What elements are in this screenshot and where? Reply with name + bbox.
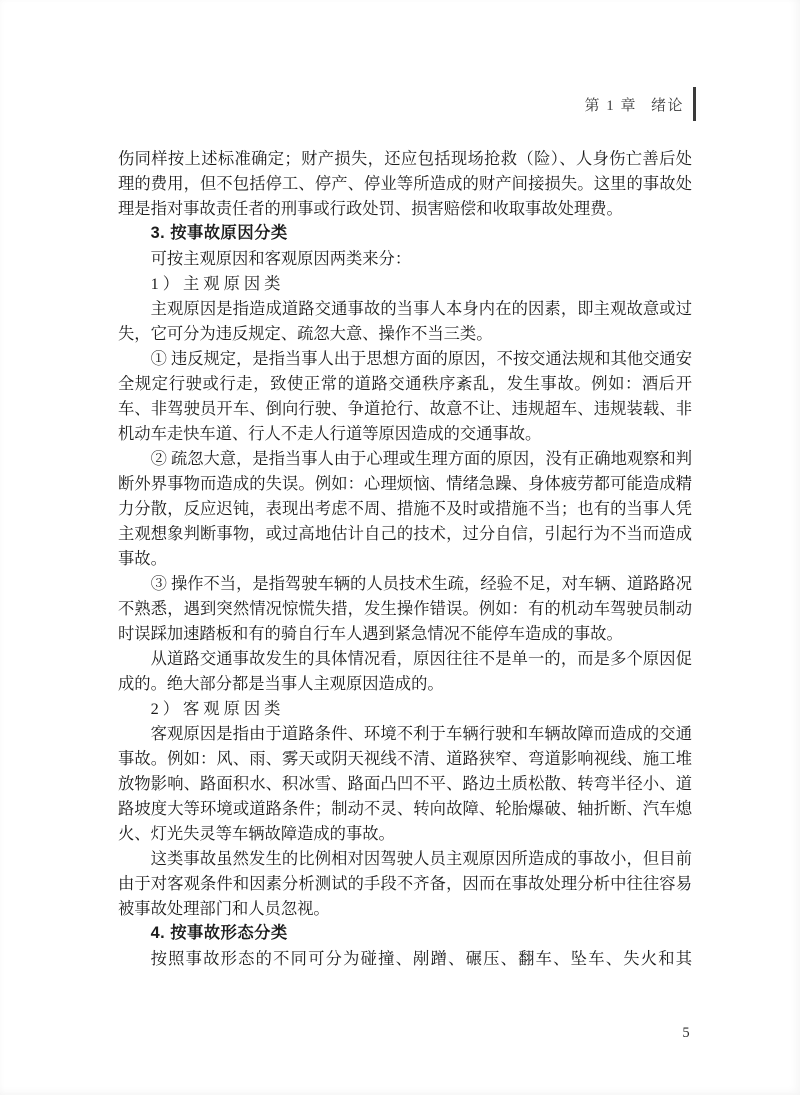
subheading-objective-causes: 2）客观原因类	[118, 696, 692, 721]
heading-classification-by-form: 4. 按事故形态分类	[118, 921, 692, 946]
page-number: 5	[676, 1025, 696, 1042]
heading-classification-by-cause: 3. 按事故原因分类	[118, 221, 692, 246]
paragraph-two-cause-types: 可按主观原因和客观原因两类来分：	[118, 246, 692, 271]
running-head: 第 1 章 绪论	[584, 87, 696, 121]
book-page: 第 1 章 绪论 伤同样按上述标准确定；财产损失，还应包括现场抢救（险）、人身伤…	[0, 0, 800, 1095]
paragraph-accident-costs: 伤同样按上述标准确定；财产损失，还应包括现场抢救（险）、人身伤亡善后处理的费用，…	[118, 146, 692, 221]
paragraph-violation-of-rules: ① 违反规定，是指当事人出于思想方面的原因，不按交通法规和其他交通安全规定行驶或…	[118, 346, 692, 446]
paragraph-multiple-causes: 从道路交通事故发生的具体情况看，原因往往不是单一的，而是多个原因促成的。绝大部分…	[118, 646, 692, 696]
header-rule	[693, 87, 696, 121]
paragraph-objective-definition: 客观原因是指由于道路条件、环境不利于车辆行驶和车辆故障而造成的交通事故。例如：风…	[118, 721, 692, 846]
chapter-title: 绪论	[651, 94, 684, 115]
paragraph-subjective-definition: 主观原因是指造成道路交通事故的当事人本身内在的因素，即主观故意或过失，它可分为违…	[118, 296, 692, 346]
subheading-subjective-causes: 1）主观原因类	[118, 271, 692, 296]
paragraph-improper-operation: ③ 操作不当，是指驾驶车辆的人员技术生疏，经验不足，对车辆、道路路况不熟悉，遇到…	[118, 571, 692, 646]
chapter-label: 第 1 章	[584, 94, 637, 115]
paragraph-negligence: ② 疏忽大意，是指当事人由于心理或生理方面的原因，没有正确地观察和判断外界事物而…	[118, 446, 692, 571]
paragraph-accident-forms: 按照事故形态的不同可分为碰撞、剐蹭、碾压、翻车、坠车、失火和其	[118, 946, 692, 971]
main-text-block: 伤同样按上述标准确定；财产损失，还应包括现场抢救（险）、人身伤亡善后处理的费用，…	[118, 146, 692, 971]
paragraph-objective-overlooked: 这类事故虽然发生的比例相对因驾驶人员主观原因所造成的事故小，但目前由于对客观条件…	[118, 846, 692, 921]
